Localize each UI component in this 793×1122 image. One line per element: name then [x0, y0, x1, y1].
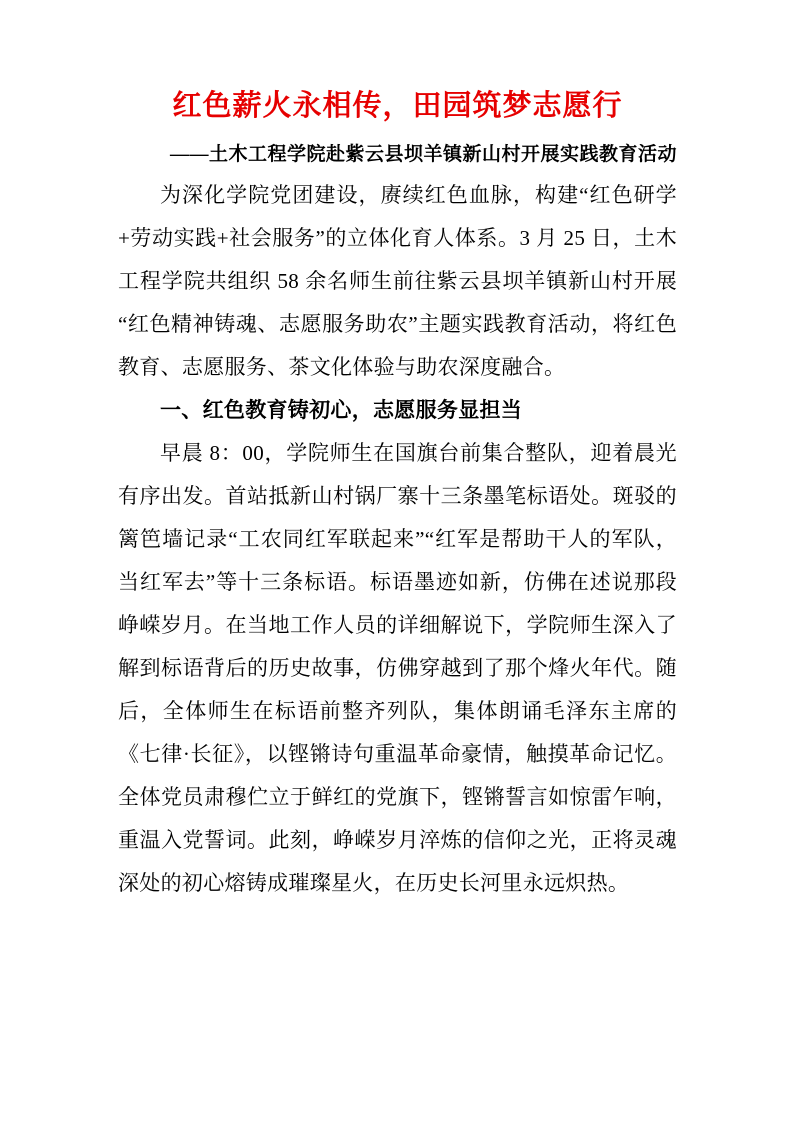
document-page: 红色薪火永相传，田园筑梦志愿行 ——土木工程学院赴紫云县坝羊镇新山村开展实践教育…	[0, 0, 793, 1122]
document-content: 红色薪火永相传，田园筑梦志愿行 ——土木工程学院赴紫云县坝羊镇新山村开展实践教育…	[0, 0, 793, 905]
doc-subtitle: ——土木工程学院赴紫云县坝羊镇新山村开展实践教育活动	[118, 140, 677, 170]
section-heading-1: 一、红色教育铸初心，志愿服务显担当	[118, 389, 677, 432]
paragraph-intro: 为深化学院党团建设，赓续红色血脉，构建“红色研学+劳动实践+社会服务”的立体化育…	[118, 174, 677, 389]
paragraph-section1: 早晨 8：00，学院师生在国旗台前集合整队，迎着晨光有序出发。首站抵新山村锅厂寨…	[118, 432, 677, 905]
doc-title: 红色薪火永相传，田园筑梦志愿行	[118, 82, 677, 130]
